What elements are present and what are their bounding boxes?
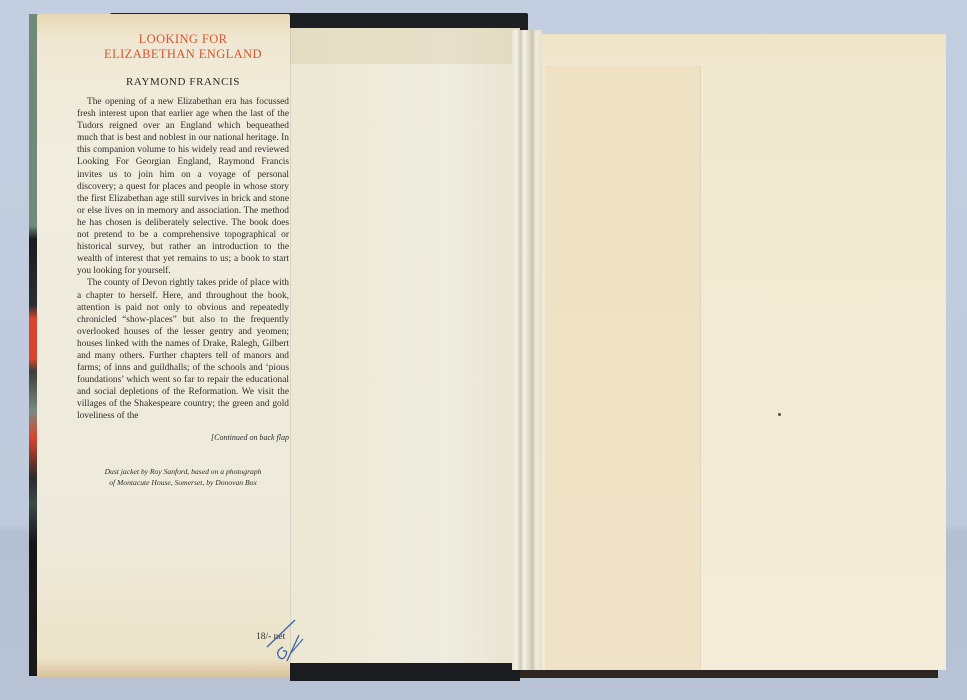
front-pastedown	[282, 28, 520, 664]
pastedown-toning	[282, 28, 520, 64]
endpaper-spot	[778, 413, 781, 416]
book-title-line-2: ELIZABETHAN ENGLAND	[77, 47, 289, 62]
book-title-line-1: LOOKING FOR	[77, 32, 289, 47]
credit-line-1: Dust jacket by Roy Sanford, based on a p…	[77, 466, 289, 477]
book-gutter-hinge	[512, 30, 542, 670]
jacket-credit: Dust jacket by Roy Sanford, based on a p…	[77, 466, 289, 488]
pencil-price-annotation-icon	[265, 617, 305, 667]
credit-line-2: of Montacute House, Somerset, by Donovan…	[77, 477, 289, 488]
blurb-paragraph-2: The county of Devon rightly takes pride …	[77, 277, 289, 422]
endpaper-offset-band	[545, 66, 700, 670]
dust-jacket-front-flap: LOOKING FOR ELIZABETHAN ENGLAND RAYMOND …	[37, 14, 290, 678]
front-board-bottom-edge	[290, 663, 520, 681]
author-name: RAYMOND FRANCIS	[77, 76, 289, 88]
continued-note: [Continued on back flap	[77, 433, 289, 442]
endpaper-fold-line	[700, 66, 701, 670]
flap-text-block: LOOKING FOR ELIZABETHAN ENGLAND RAYMOND …	[77, 32, 289, 488]
blurb-paragraph-1: The opening of a new Elizabethan era has…	[77, 96, 289, 277]
